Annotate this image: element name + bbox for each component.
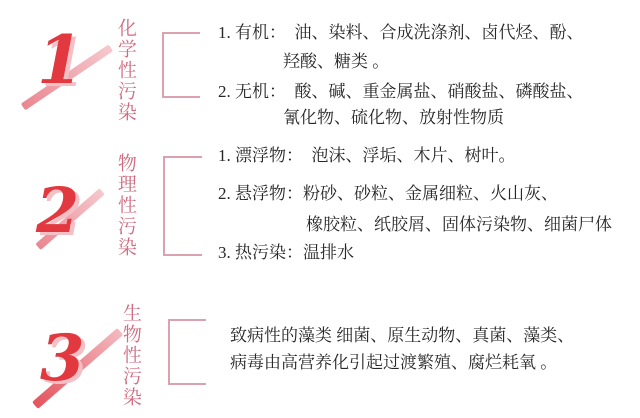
number-3-digit: 3 (40, 327, 85, 391)
section-3-content: 致病性的藻类 细菌、原生动物、真菌、藻类、 病毒由高营养化引起过渡繁殖、腐烂耗氧… (230, 326, 574, 373)
number-2-digit: 2 (36, 180, 79, 242)
section-2-line-suspended: 2. 悬浮物：粉砂、砂粒、金属细粒、火山灰、 (218, 184, 612, 204)
section-2-line-floating: 1. 漂浮物： 泡沫、浮垢、木片、树叶。 (218, 146, 612, 166)
section-1-line-organic-cont: 羟酸、糖类 。 (283, 52, 584, 72)
section-2-line-suspended-cont: 橡胶粒、纸胶屑、固体污染物、细菌尸体 (306, 215, 612, 235)
section-1-line-inorganic: 2. 无机： 酸、碱、重金属盐、硝酸盐、磷酸盐、 (218, 82, 584, 102)
section-2-line-thermal: 3. 热污染：温排水 (218, 243, 612, 263)
section-1-line-organic: 1. 有机： 油、染料、合成洗涤剂、卤代烃、酚、 (218, 23, 584, 43)
section-3-label: 生物性污染 (119, 303, 141, 408)
pollution-types-diagram: 1 化学性污染 1. 有机： 油、染料、合成洗涤剂、卤代烃、酚、 羟酸、糖类 。… (0, 0, 640, 418)
number-1-digit: 1 (37, 27, 83, 93)
section-2-bracket (163, 156, 202, 256)
section-1-label: 化学性污染 (114, 18, 136, 123)
section-1-line-inorganic-cont: 氰化物、硫化物、放射性物质 (283, 108, 584, 128)
section-3-line-pathogens-cont: 病毒由高营养化引起过渡繁殖、腐烂耗氧 。 (230, 353, 574, 373)
section-1-content: 1. 有机： 油、染料、合成洗涤剂、卤代烃、酚、 羟酸、糖类 。 2. 无机： … (218, 23, 584, 128)
section-1-bracket (162, 32, 200, 98)
section-2-content: 1. 漂浮物： 泡沫、浮垢、木片、树叶。 2. 悬浮物：粉砂、砂粒、金属细粒、火… (218, 146, 612, 263)
section-2-label: 物理性污染 (114, 153, 136, 258)
section-3-line-pathogens: 致病性的藻类 细菌、原生动物、真菌、藻类、 (230, 326, 574, 346)
section-3-bracket (168, 319, 206, 385)
